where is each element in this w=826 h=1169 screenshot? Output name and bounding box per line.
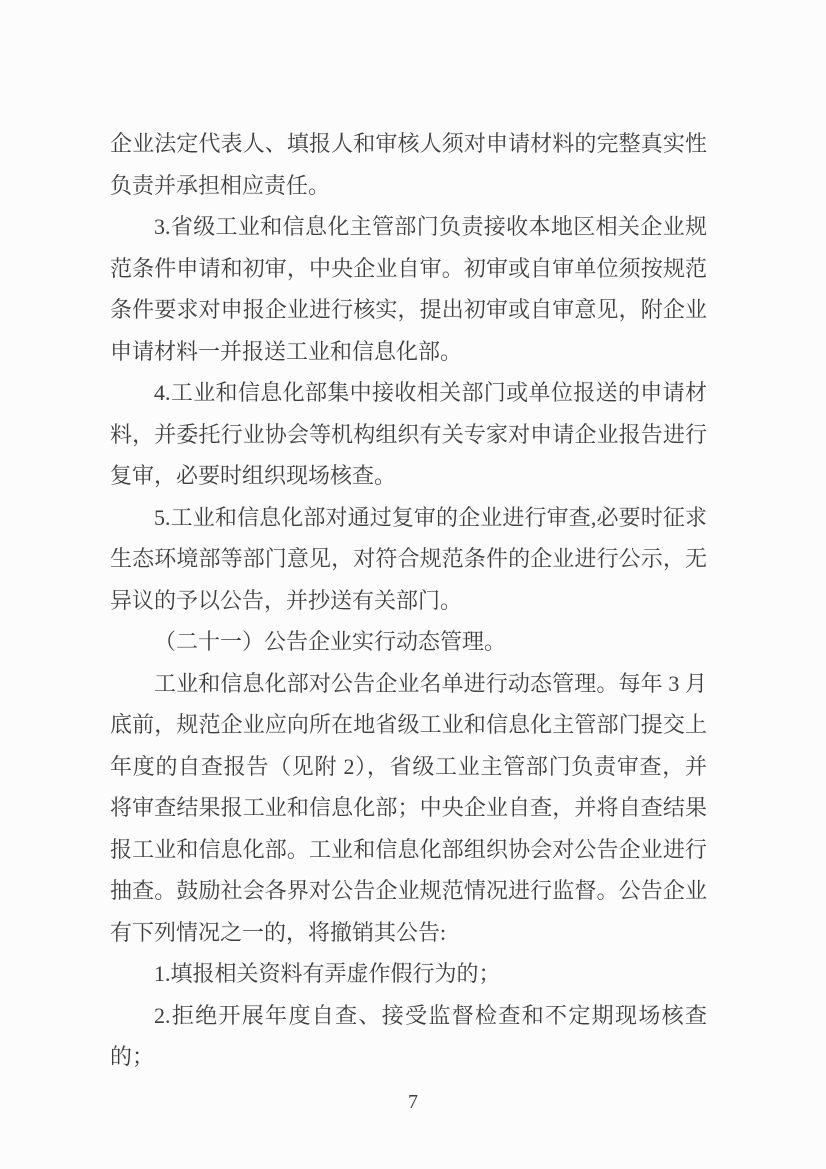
- paragraph-section-21-heading: （二十一）公告企业实行动态管理。: [110, 621, 707, 663]
- paragraph-continuation: 企业法定代表人、填报人和审核人须对申请材料的完整真实性负责并承担相应责任。: [110, 123, 707, 206]
- paragraph-section-21-body: 工业和信息化部对公告企业名单进行动态管理。每年 3 月底前，规范企业应向所在地省…: [110, 663, 707, 954]
- paragraph-item-3: 3.省级工业和信息化主管部门负责接收本地区相关企业规范条件申请和初审，中央企业自…: [110, 206, 707, 372]
- body-text-block: 企业法定代表人、填报人和审核人须对申请材料的完整真实性负责并承担相应责任。 3.…: [110, 123, 707, 1078]
- paragraph-item-4: 4.工业和信息化部集中接收相关部门或单位报送的申请材料，并委托行业协会等机构组织…: [110, 372, 707, 497]
- page-number: 7: [0, 1089, 826, 1115]
- document-page: 企业法定代表人、填报人和审核人须对申请材料的完整真实性负责并承担相应责任。 3.…: [0, 0, 826, 1169]
- paragraph-item-5: 5.工业和信息化部对通过复审的企业进行审查,必要时征求生态环境部等部门意见，对符…: [110, 497, 707, 622]
- paragraph-revoke-item-2: 2.拒绝开展年度自查、接受监督检查和不定期现场核查的；: [110, 995, 707, 1078]
- paragraph-revoke-item-1: 1.填报相关资料有弄虚作假行为的；: [110, 953, 707, 995]
